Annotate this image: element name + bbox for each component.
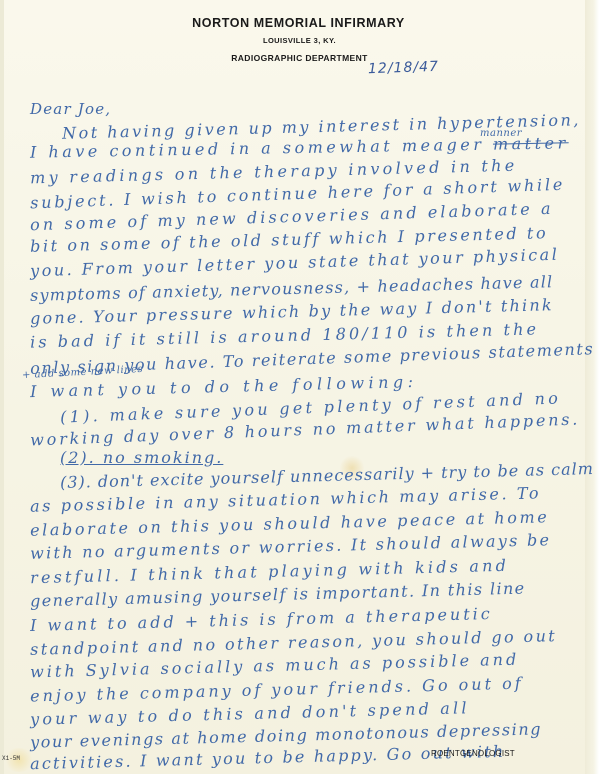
letterhead: NORTON MEMORIAL INFIRMARY LOUISVILLE 3, … [0,16,599,63]
signature-title: ROENTGENOLOGIST [431,749,515,758]
struck-word: matter [493,133,569,153]
institution-name: NORTON MEMORIAL INFIRMARY [0,16,599,30]
letter-date: 12/18/47 [368,59,439,77]
underlined-no-smoking: (2). no smoking. [60,448,223,467]
page-left-edge [0,0,4,774]
institution-city: LOUISVILLE 3, KY. [0,36,599,45]
salutation: Dear Joe, [30,100,111,118]
list-item: (2). no smoking. [60,448,223,467]
page-right-edge [585,0,599,774]
form-code: X1-5M [2,755,20,762]
department-name: RADIOGRAPHIC DEPARTMENT [0,53,599,63]
